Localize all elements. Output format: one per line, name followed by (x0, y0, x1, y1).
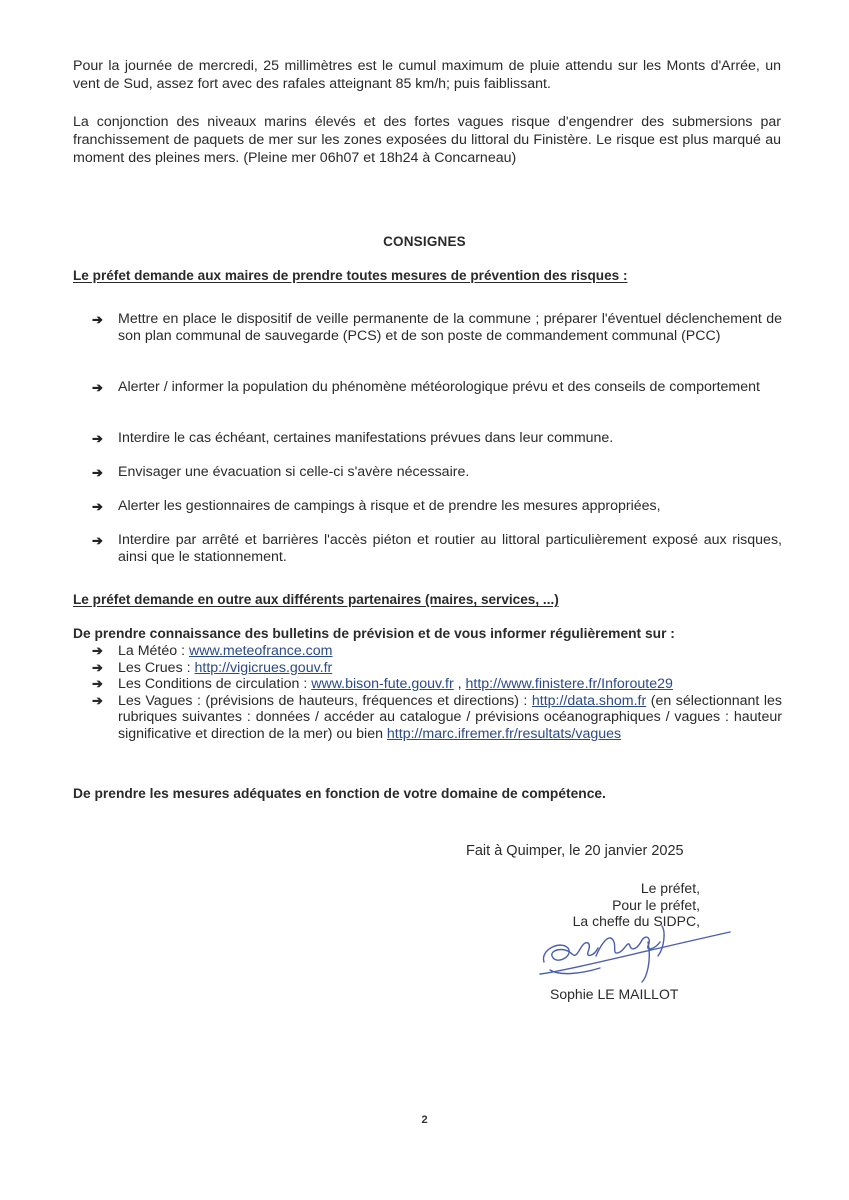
right-arrow-icon: ➔ (92, 498, 118, 515)
list-item: ➔ Interdire le cas échéant, certaines ma… (92, 430, 782, 447)
meteofrance-link[interactable]: www.meteofrance.com (189, 643, 333, 659)
vagues-label: Les Vagues : (prévisions de hauteurs, fr… (118, 693, 532, 709)
signature-line-2: Pour le préfet, (520, 897, 700, 914)
right-arrow-icon: ➔ (92, 464, 118, 481)
resource-link-list: ➔ La Météo : www.meteofrance.com ➔ Les C… (92, 643, 782, 742)
list-item-text: Interdire par arrêté et barrières l'accè… (118, 532, 782, 566)
list-item-text: Alerter / informer la population du phén… (118, 379, 782, 396)
list-item-circulation: ➔ Les Conditions de circulation : www.bi… (92, 676, 782, 693)
place-date: Fait à Quimper, le 20 janvier 2025 (466, 843, 684, 859)
circulation-label: Les Conditions de circulation : (118, 676, 311, 692)
page-number: 2 (0, 1114, 849, 1126)
list-item: ➔ Alerter les gestionnaires de campings … (92, 498, 782, 515)
list-item-text: Envisager une évacuation si celle-ci s'a… (118, 464, 782, 481)
consignes-heading: CONSIGNES (0, 234, 849, 249)
right-arrow-icon: ➔ (92, 693, 118, 743)
partenaires-section-title: Le préfet demande en outre aux différent… (73, 592, 559, 607)
meteo-label: La Météo : (118, 643, 189, 659)
vigicrues-link[interactable]: http://vigicrues.gouv.fr (195, 660, 333, 676)
maires-section-title: Le préfet demande aux maires de prendre … (73, 268, 628, 283)
bison-fute-link[interactable]: www.bison-fute.gouv.fr (311, 676, 453, 692)
document-page: Pour la journée de mercredi, 25 millimèt… (0, 0, 849, 1200)
list-item-vagues: ➔ Les Vagues : (prévisions de hauteurs, … (92, 693, 782, 743)
list-item: ➔ Mettre en place le dispositif de veill… (92, 311, 782, 345)
right-arrow-icon: ➔ (92, 311, 118, 345)
list-item-text: Alerter les gestionnaires de campings à … (118, 498, 782, 515)
list-item-text: Interdire le cas échéant, certaines mani… (118, 430, 782, 447)
right-arrow-icon: ➔ (92, 430, 118, 447)
intro-paragraph-1: Pour la journée de mercredi, 25 millimèt… (73, 57, 781, 93)
list-item: ➔ Alerter / informer la population du ph… (92, 379, 782, 396)
crues-label: Les Crues : (118, 660, 195, 676)
list-item: ➔ Envisager une évacuation si celle-ci s… (92, 464, 782, 481)
right-arrow-icon: ➔ (92, 643, 118, 660)
link-separator: , (454, 676, 466, 692)
list-item-text: Mettre en place le dispositif de veille … (118, 311, 782, 345)
right-arrow-icon: ➔ (92, 676, 118, 693)
signature-line-1: Le préfet, (520, 880, 700, 897)
right-arrow-icon: ➔ (92, 532, 118, 566)
list-item-meteo: ➔ La Météo : www.meteofrance.com (92, 643, 782, 660)
ifremer-link[interactable]: http://marc.ifremer.fr/resultats/vagues (387, 726, 621, 742)
intro-paragraph-2: La conjonction des niveaux marins élevés… (73, 113, 781, 167)
list-item-crues: ➔ Les Crues : http://vigicrues.gouv.fr (92, 660, 782, 677)
info-instruction: De prendre connaissance des bulletins de… (73, 626, 675, 641)
list-item: ➔ Interdire par arrêté et barrières l'ac… (92, 532, 782, 566)
closing-instruction: De prendre les mesures adéquates en fonc… (73, 786, 606, 801)
handwritten-signature-icon (530, 912, 740, 992)
right-arrow-icon: ➔ (92, 660, 118, 677)
right-arrow-icon: ➔ (92, 379, 118, 396)
inforoute29-link[interactable]: http://www.finistere.fr/Inforoute29 (466, 676, 673, 692)
shom-link[interactable]: http://data.shom.fr (532, 693, 646, 709)
signatory-name: Sophie LE MAILLOT (550, 986, 678, 1002)
